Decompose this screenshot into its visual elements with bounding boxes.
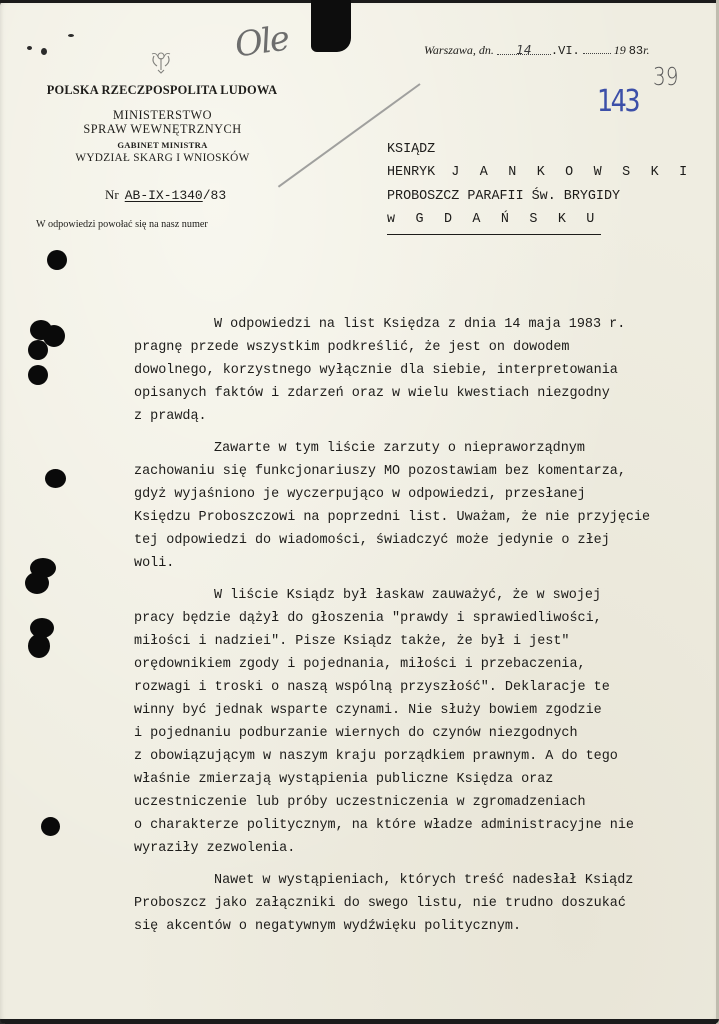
date-year: 83 [629,44,643,58]
pencil-folio-number: 39 [653,62,678,91]
ink-speck [68,34,74,37]
scan-bottom-edge [0,1019,719,1024]
date-day-field: 14 [497,43,551,55]
letterhead-country: POLSKA RZECZPOSPOLITA LUDOWA [36,83,288,98]
addressee-block: KSIĄDZ HENRYK J A N K O W S K I PROBOSZC… [387,138,693,235]
reference-label: Nr [105,187,119,202]
date-dots [583,42,611,54]
addressee-title: KSIĄDZ [387,138,693,161]
body-paragraph: Zawarte w tym liście zarzuty o nieprawor… [134,437,704,575]
reference-number: AB-IX-1340 [125,188,203,203]
letterhead-ministry: MINISTERSTWO [60,108,265,123]
letterhead-ministry-name: SPRAW WEWNĘTRZNYCH [60,122,265,137]
polish-eagle-emblem-icon [148,48,174,74]
punch-hole [25,572,49,594]
black-redaction-mark [311,0,351,52]
date-place: Warszawa, dn. [424,43,494,57]
addressee-last-name: J A N K O W S K I [451,165,693,180]
punch-hole [28,634,50,658]
addressee-position: PROBOSZCZ PARAFII Św. BRYGIDY [387,185,693,208]
date-suffix: r. [643,43,649,57]
date-line: Warszawa, dn. 14.VI. 19 83r. [424,42,649,58]
scan-top-edge [0,0,719,3]
blue-folio-number: 143 [597,84,638,119]
ink-speck [27,46,32,50]
ink-speck [41,48,47,55]
addressee-city: w G D A Ń S K U [387,208,601,235]
punch-hole [41,817,60,836]
date-day: 14 [516,43,531,57]
document-page: POLSKA RZECZPOSPOLITA LUDOWA MINISTERSTW… [0,0,719,1024]
punch-hole [45,469,66,488]
punch-hole [28,340,48,360]
letterhead-department: WYDZIAŁ SKARG I WNIOSKÓW [60,152,265,164]
punch-hole [47,250,67,270]
body-paragraph: W odpowiedzi na list Księdza z dnia 14 m… [134,313,704,428]
punch-hole [28,365,48,385]
letterhead-cabinet: GABINET MINISTRA [60,140,265,150]
date-century: 19 [614,43,626,57]
body-paragraph: Nawet w wystąpieniach, których treść nad… [134,869,704,938]
reference-number-line: NrAB-IX-1340/83 [105,187,226,203]
addressee-first-name: HENRYK [387,165,435,180]
letter-body: W odpowiedzi na list Księdza z dnia 14 m… [134,313,704,947]
reference-note: W odpowiedzi powołać się na nasz numer [36,219,208,230]
handwritten-initials: Ole [232,19,290,66]
addressee-name: HENRYK J A N K O W S K I [387,161,693,184]
date-month: .VI. [551,44,580,58]
body-paragraph: W liście Ksiądz był łaskaw zauważyć, że … [134,584,704,860]
reference-suffix: /83 [203,188,226,203]
